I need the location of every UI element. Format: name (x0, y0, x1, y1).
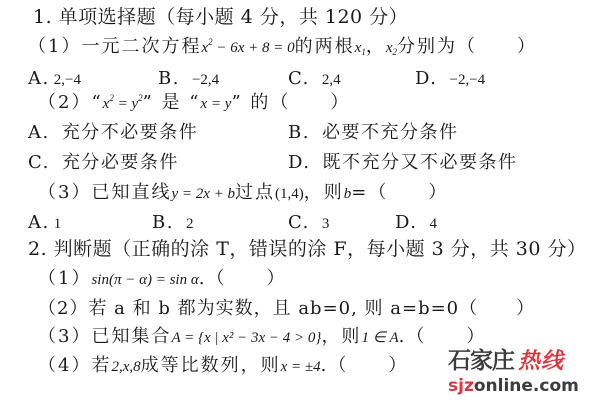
section-2-title: 2. 判断题（正确的涂 T，错误的涂 F，每小题 3 分，共 30 分） (28, 240, 587, 259)
equation: y = 2x + b (171, 186, 235, 202)
judgment-item-1: （1）sin(π − α) = sin α.（ ） (38, 270, 286, 288)
question-text: （1）一元二次方程 (28, 36, 201, 57)
equation: sin(π − α) = sin α (91, 272, 198, 288)
option-c: C.3 (288, 214, 329, 232)
judgment-item-3: （3）已知集合A = {x | x² − 3x − 4 > 0}，则1 ∈ A.… (38, 328, 486, 346)
question-1-1: （1）一元二次方程x2 − 6x + 8 = 0的两根x1，x2分别为（ ） (28, 38, 537, 57)
option-d: D.−2,−4 (415, 70, 485, 88)
section-1-title: 1. 单项选择题（每小题 4 分，共 120 分） (33, 8, 408, 27)
logo-brand-accent: 热线 (518, 348, 564, 374)
option-c: C.2,4 (288, 70, 341, 88)
watermark-logo: 石家庄热线 sjzonline.com (448, 350, 598, 398)
question-text: 分别为（ ） (397, 36, 537, 57)
variable-x2: x2 (386, 40, 397, 56)
equation: x = ±4 (281, 359, 321, 375)
option-d: D.4 (395, 214, 437, 232)
logo-url: sjzonline.com (448, 378, 579, 395)
membership: 1 ∈ A (361, 330, 398, 346)
option-a: A.1 (28, 214, 61, 232)
logo-brand-main: 石家庄 (448, 348, 514, 374)
question-1-3: （3）已知直线y = 2x + b过点(1,4)，则b=（ ） (38, 184, 448, 202)
question-text: 的两根 (295, 36, 355, 57)
set-expression: A = {x | x² − 3x − 4 > 0} (171, 330, 321, 346)
option-a: A.充分不必要条件 (28, 124, 198, 142)
variable-x1: x1 (355, 40, 366, 56)
question-1-2: （2）“x2 = y2” 是 “x = y” 的（ ） (38, 94, 350, 112)
equation: x2 − 6x + 8 = 0 (201, 40, 294, 56)
option-b: B.必要不充分条件 (288, 124, 458, 142)
option-c: C.充分必要条件 (28, 154, 179, 172)
equation: x2 = y2 (103, 96, 143, 112)
equation: x = y (200, 96, 231, 112)
option-b: B.2 (152, 214, 193, 232)
option-a: A.2,−4 (28, 70, 81, 88)
sequence: 2,x,8 (111, 359, 140, 375)
judgment-item-2: （2）若 a 和 b 都为实数，且 ab=0, 则 a=b=0（ ） (38, 300, 535, 318)
option-b: B.−2,4 (158, 70, 219, 88)
judgment-item-4: （4）若2,x,8成等比数列，则x = ±4.（ ） (38, 357, 408, 375)
option-d: D.既不充分又不必要条件 (288, 154, 518, 172)
point: (1,4) (275, 186, 304, 202)
